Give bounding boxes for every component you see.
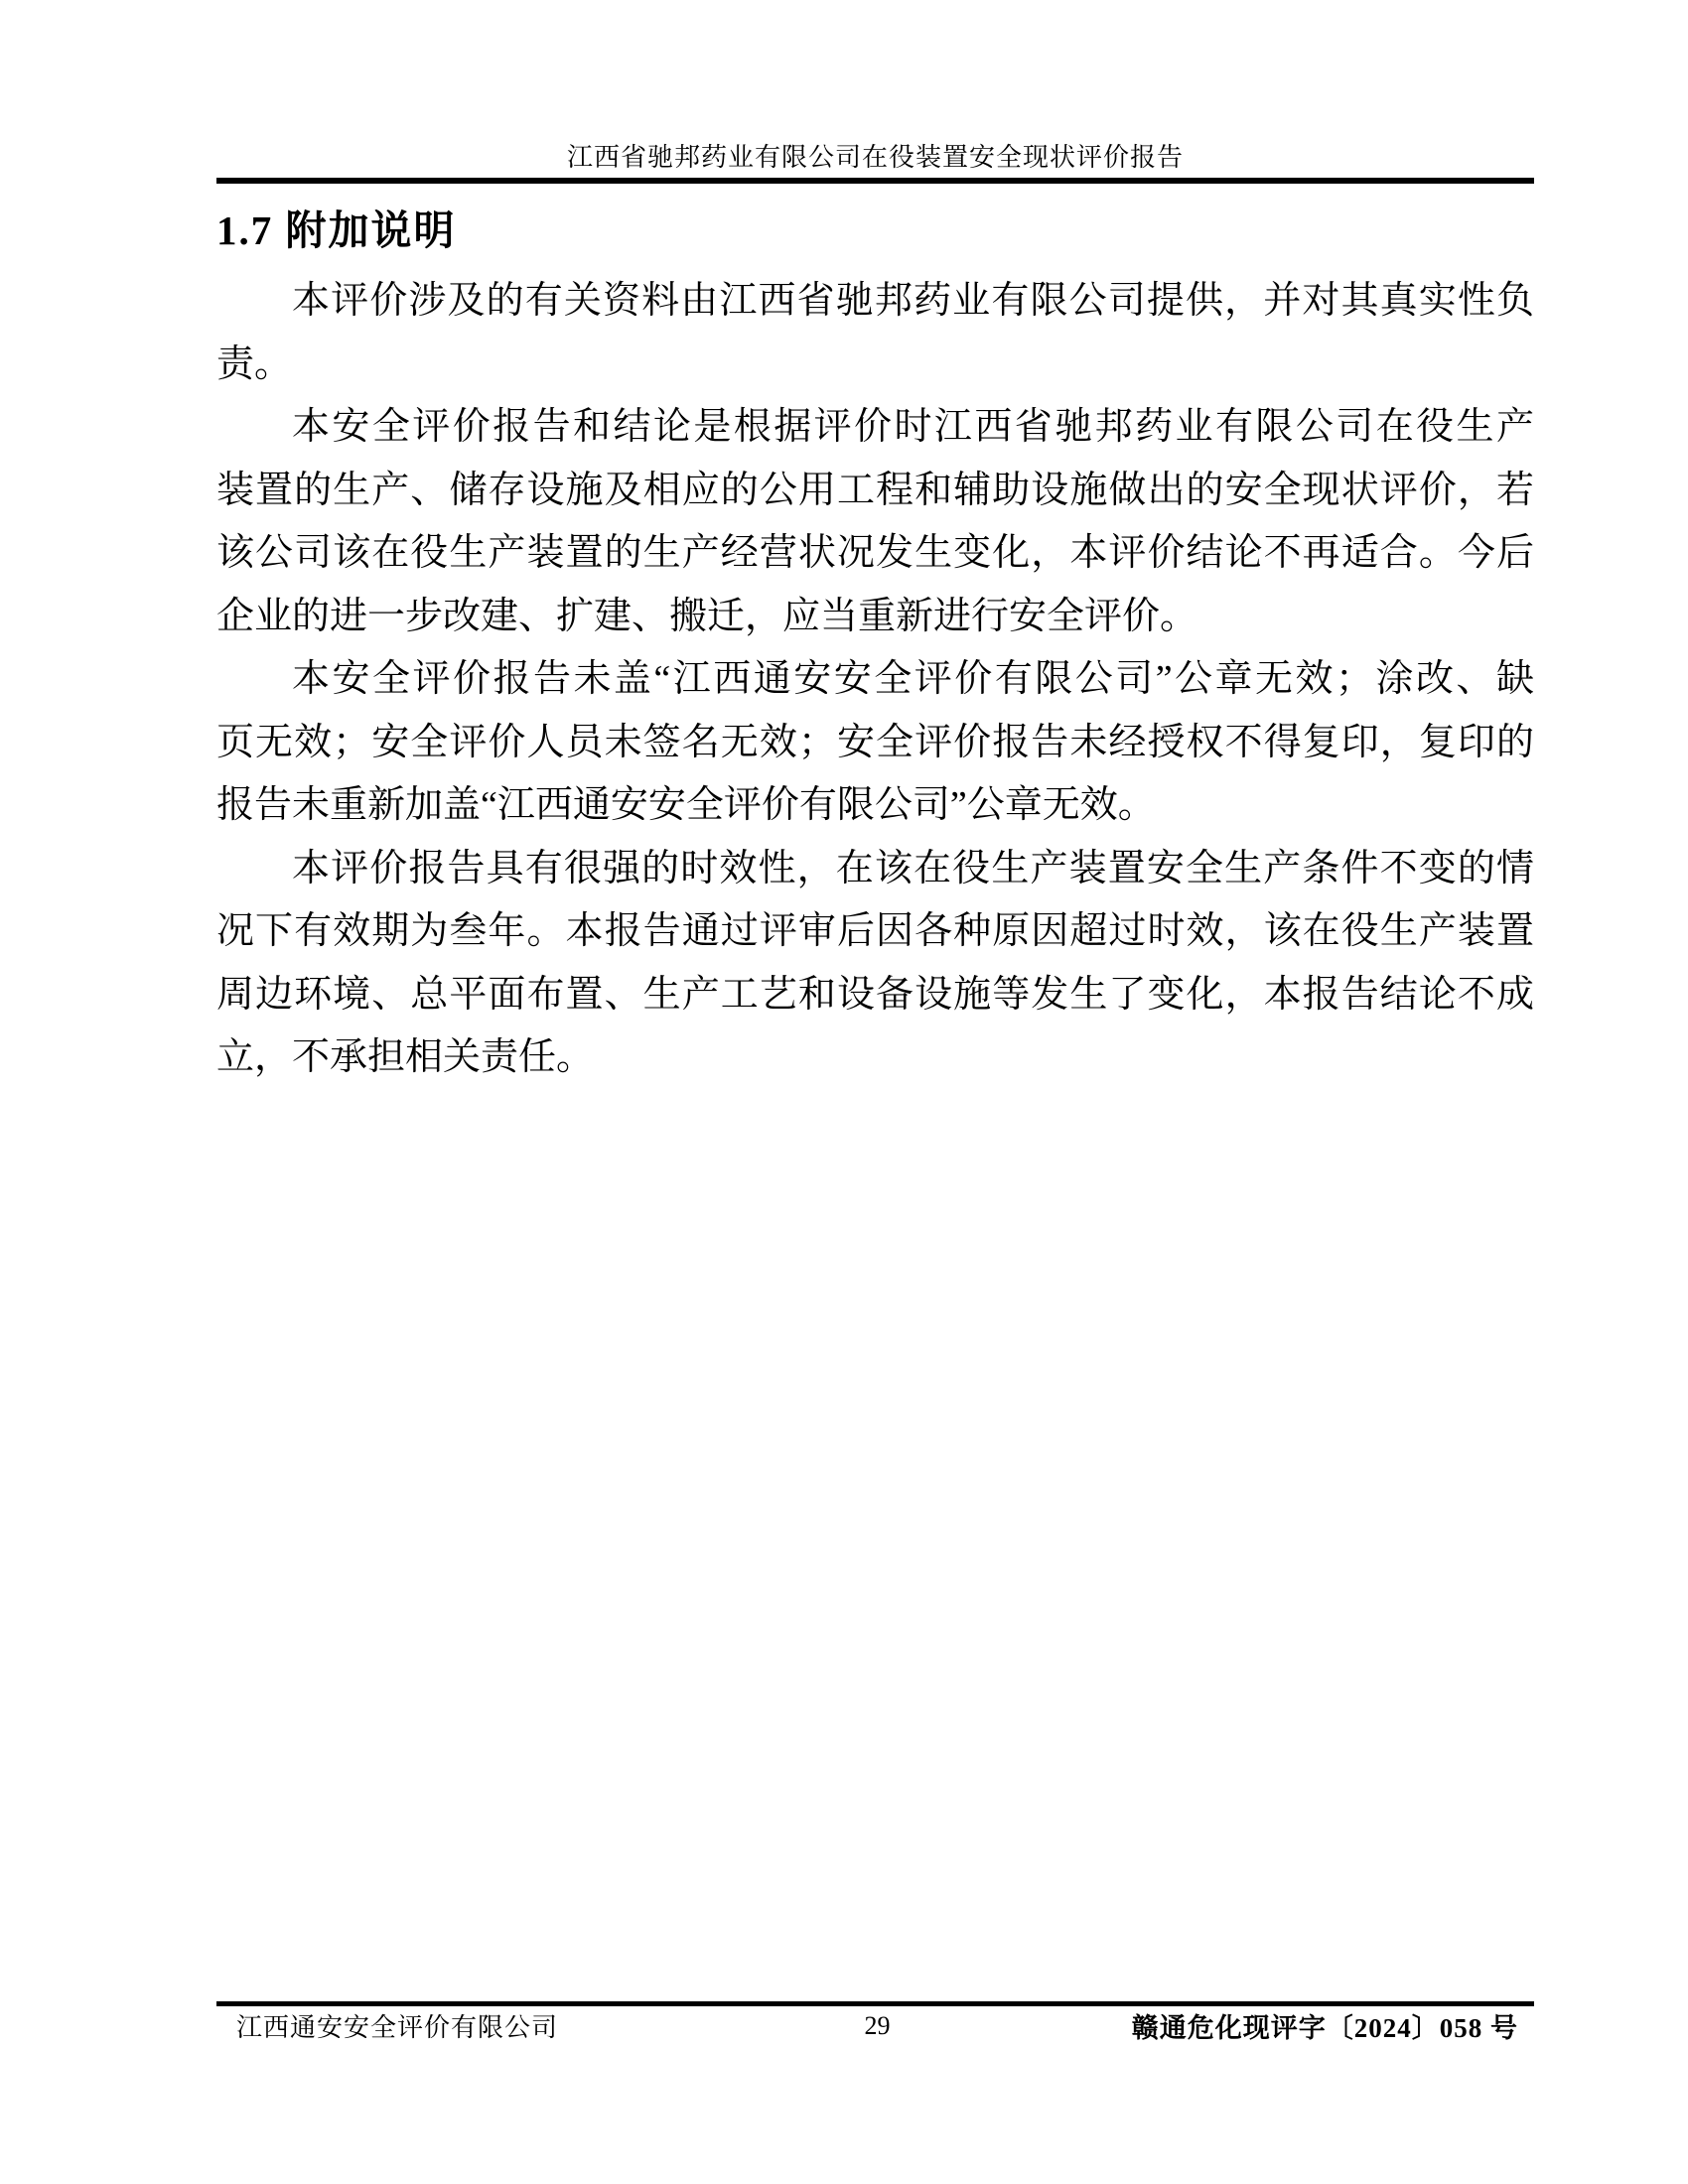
body-line: 本安全评价报告未盖“江西通安安全评价有限公司”公章无效；涂改、缺: [216, 648, 1534, 712]
body-line: 本评价涉及的有关资料由江西省驰邦药业有限公司提供，并对其真实性负: [216, 270, 1534, 334]
body-line: 责。: [216, 334, 1534, 397]
document-page: 江西省驰邦药业有限公司在役装置安全现状评价报告 1.7 附加说明 本评价涉及的有…: [0, 0, 1688, 2184]
header-rule: [216, 178, 1534, 184]
page-number: 29: [865, 2011, 891, 2041]
page-header-title: 江西省驰邦药业有限公司在役装置安全现状评价报告: [216, 141, 1534, 175]
body-line: 周边环境、总平面布置、生产工艺和设备设施等发生了变化，本报告结论不成: [216, 964, 1534, 1027]
body-line: 况下有效期为叁年。本报告通过评审后因各种原因超过时效，该在役生产装置: [216, 900, 1534, 964]
footer-company-name: 江西通安安全评价有限公司: [216, 2011, 865, 2045]
body-line: 装置的生产、储存设施及相应的公用工程和辅助设施做出的安全现状评价，若: [216, 460, 1534, 523]
body-line: 报告未重新加盖“江西通安安全评价有限公司”公章无效。: [216, 774, 1534, 838]
body-line: 本安全评价报告和结论是根据评价时江西省驰邦药业有限公司在役生产: [216, 396, 1534, 460]
footer-document-number: 赣通危化现评字〔2024〕058 号: [891, 2011, 1535, 2045]
body-line: 页无效；安全评价人员未签名无效；安全评价报告未经授权不得复印，复印的: [216, 712, 1534, 775]
body-line: 立，不承担相关责任。: [216, 1026, 1534, 1090]
body-text: 本评价涉及的有关资料由江西省驰邦药业有限公司提供，并对其真实性负 责。 本安全评…: [216, 270, 1534, 1090]
footer-rule: [216, 2001, 1534, 2006]
body-line: 企业的进一步改建、扩建、搬迁，应当重新进行安全评价。: [216, 586, 1534, 649]
section-title: 1.7 附加说明: [216, 205, 457, 255]
body-line: 本评价报告具有很强的时效性，在该在役生产装置安全生产条件不变的情: [216, 838, 1534, 901]
body-line: 该公司该在役生产装置的生产经营状况发生变化，本评价结论不再适合。今后: [216, 522, 1534, 586]
page-footer: 江西通安安全评价有限公司 29 赣通危化现评字〔2024〕058 号: [216, 2011, 1534, 2045]
